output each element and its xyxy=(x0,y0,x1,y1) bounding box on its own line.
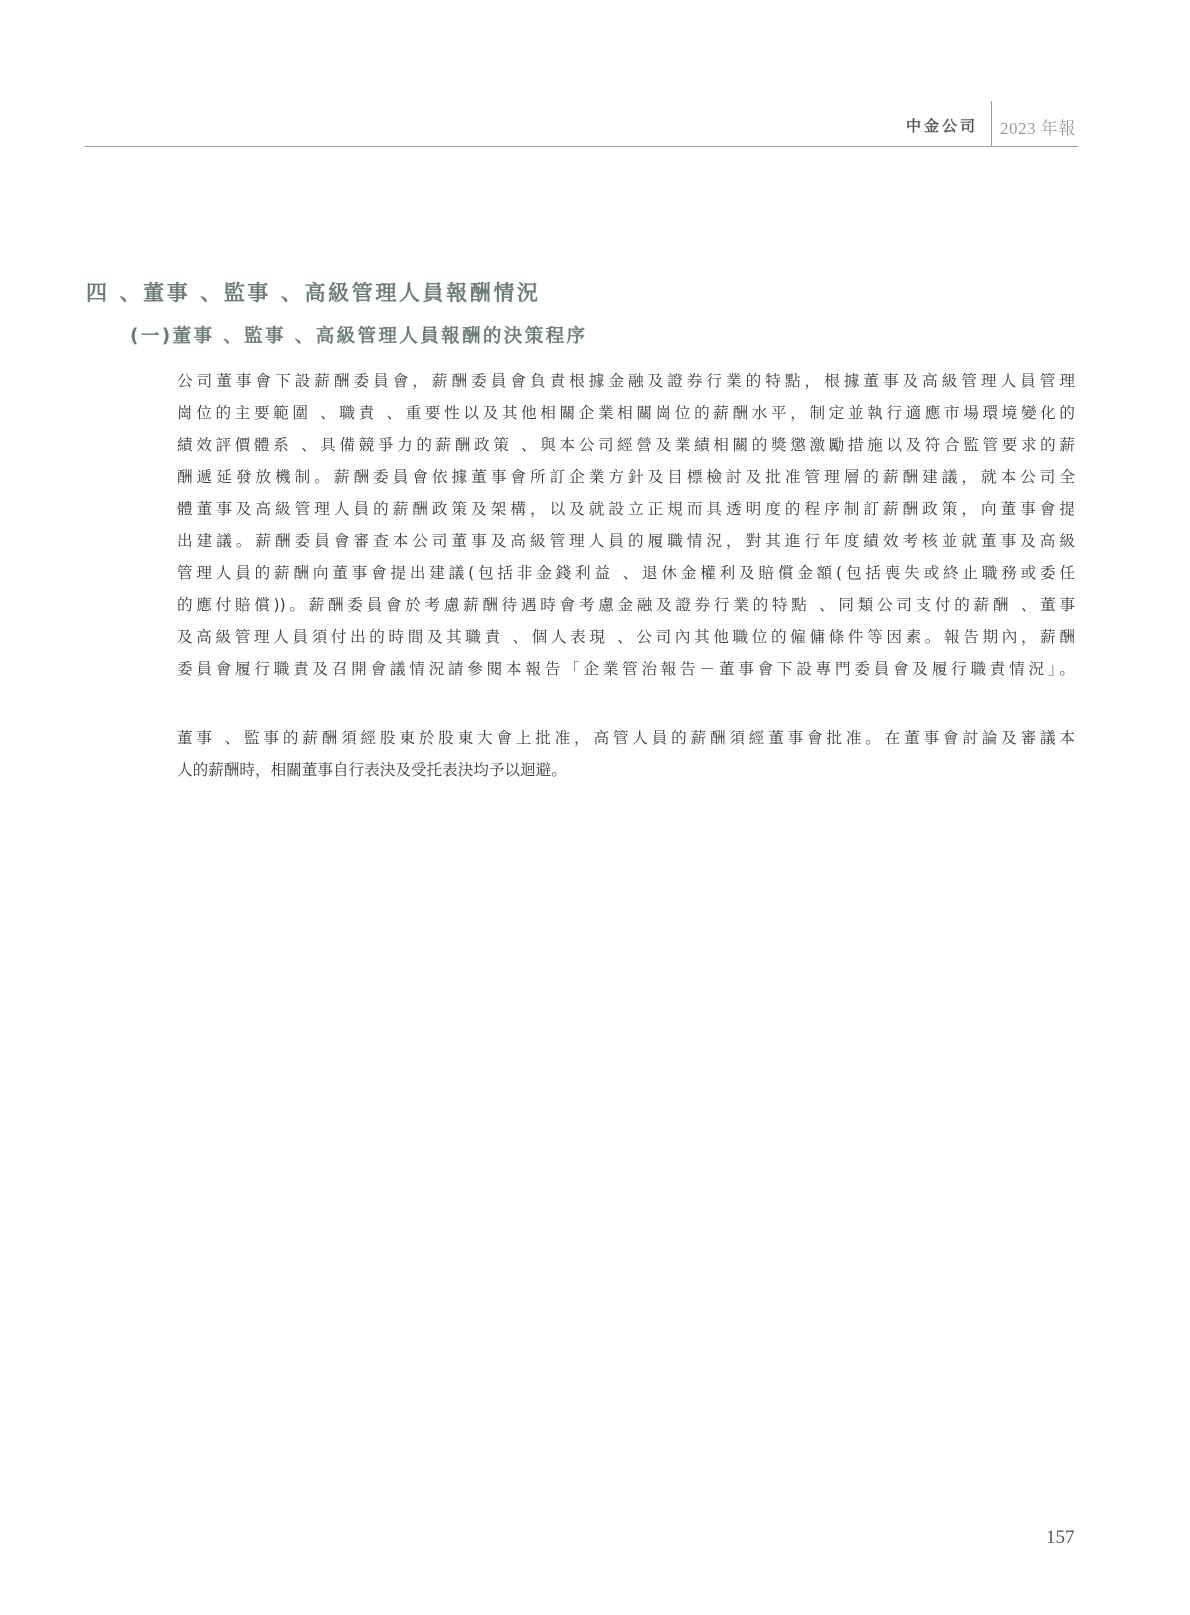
text-line: 體董事及高級管理人員的薪酬政策及架構，以及就設立正規而具透明度的程序制訂薪酬政策… xyxy=(177,493,1075,525)
text-line: 公司董事會下設薪酬委員會，薪酬委員會負責根據金融及證券行業的特點，根據董事及高級… xyxy=(177,365,1075,397)
text-line: 委員會履行職責及召開會議情況請參閱本報告「企業管治報告－董事會下設專門委員會及履… xyxy=(177,653,1075,685)
paragraph-approval: 董事 、監事的薪酬須經股東於股東大會上批准，高管人員的薪酬須經董事會批准。在董事… xyxy=(177,722,1075,786)
header-company-name: 中金公司 xyxy=(906,115,978,136)
header-rule xyxy=(85,146,1078,147)
section-heading: 四 、董事 、監事 、高級管理人員報酬情況 xyxy=(86,277,541,307)
text-line: 及高級管理人員須付出的時間及其職責 、個人表現 、公司內其他職位的僱傭條件等因素… xyxy=(177,621,1075,653)
paragraph-decision-process: 公司董事會下設薪酬委員會，薪酬委員會負責根據金融及證券行業的特點，根據董事及高級… xyxy=(177,365,1075,685)
text-line: 管理人員的薪酬向董事會提出建議(包括非金錢利益 、退休金權利及賠償金額(包括喪失… xyxy=(177,557,1075,589)
text-line: 董事 、監事的薪酬須經股東於股東大會上批准，高管人員的薪酬須經董事會批准。在董事… xyxy=(177,722,1075,754)
text-line: 績效評價體系 、具備競爭力的薪酬政策 、與本公司經營及業績相關的獎懲激勵措施以及… xyxy=(177,429,1075,461)
subsection-heading: (一)董事 、監事 、高級管理人員報酬的決策程序 xyxy=(130,322,587,348)
text-line: 出建議。薪酬委員會審查本公司董事及高級管理人員的履職情況，對其進行年度績效考核並… xyxy=(177,525,1075,557)
header-divider xyxy=(991,101,992,146)
text-line: 人的薪酬時，相關董事自行表決及受托表決均予以迴避。 xyxy=(177,754,1075,786)
header-report-title: 2023 年報 xyxy=(1000,114,1076,139)
text-line: 的應付賠償))。薪酬委員會於考慮薪酬待遇時會考慮金融及證券行業的特點 、同類公司… xyxy=(177,589,1075,621)
page-number: 157 xyxy=(1046,1527,1075,1549)
text-line: 崗位的主要範圍 、職責 、重要性以及其他相關企業相關崗位的薪酬水平，制定並執行適… xyxy=(177,397,1075,429)
text-line: 酬遞延發放機制。薪酬委員會依據董事會所訂企業方針及目標檢討及批准管理層的薪酬建議… xyxy=(177,461,1075,493)
